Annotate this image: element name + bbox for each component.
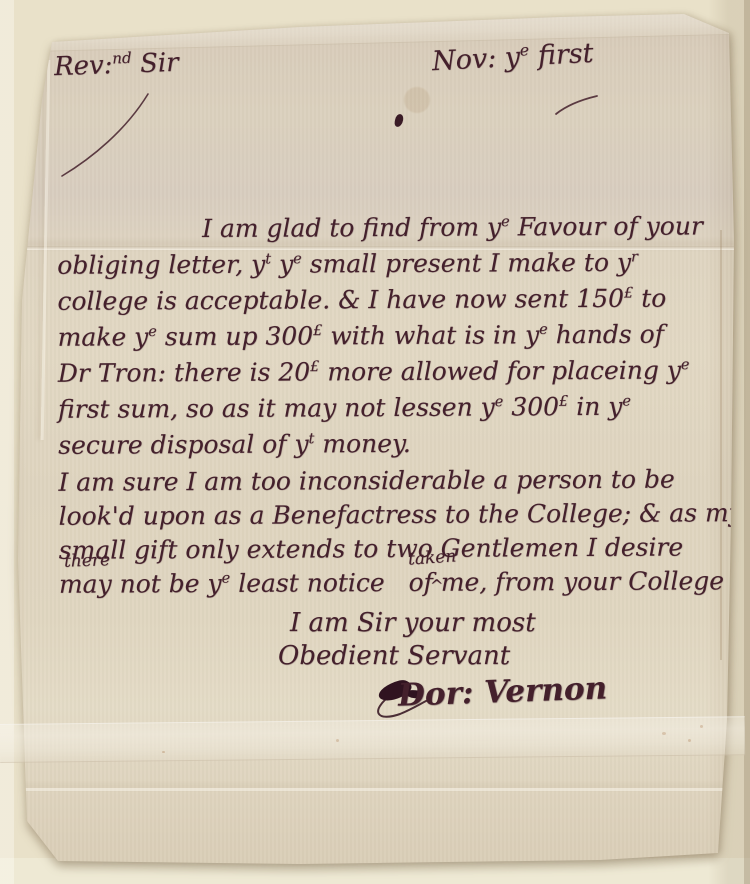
signature: Dor: Vernon bbox=[397, 670, 607, 713]
tape-strip-top bbox=[30, 0, 737, 52]
date-line: Nov: ye first bbox=[431, 38, 594, 77]
letter-line: make ye sum up 300£ with what is in ye h… bbox=[58, 316, 730, 356]
fold-crease-vertical bbox=[41, 60, 51, 440]
paragraph-2: I am sure I am too inconsiderable a pers… bbox=[58, 462, 731, 602]
tape-strip-bottom bbox=[0, 716, 745, 763]
paragraph-1: I am glad to find from ye Favour of your… bbox=[57, 208, 730, 464]
insertion-there: there bbox=[64, 550, 111, 572]
ink-speck bbox=[394, 113, 404, 127]
fold-crease-horizontal bbox=[0, 788, 750, 791]
letter-line: look'd upon as a Benefactress to the Col… bbox=[58, 496, 730, 534]
letter-photo: Rev:nd Sir Nov: ye first I am glad to fi… bbox=[0, 0, 750, 884]
pen-flourish bbox=[556, 96, 597, 114]
closing-line-2: Obedient Servant bbox=[278, 641, 510, 671]
letter-body: I am glad to find from ye Favour of your… bbox=[57, 208, 731, 602]
letter-line: college is acceptable. & I have now sent… bbox=[57, 280, 729, 320]
letter-line: Dr Tron: there is 20£ more allowed for p… bbox=[58, 352, 730, 392]
ink-speck bbox=[310, 13, 321, 26]
letter-line: obliging letter, yt ye small present I m… bbox=[57, 244, 729, 284]
letter-line: may not be ye least notice of me, from y… bbox=[59, 564, 731, 602]
salutation: Rev:nd Sir bbox=[54, 48, 180, 82]
letter-line: secure disposal of yt money. bbox=[58, 424, 730, 464]
letter-line: I am sure I am too inconsiderable a pers… bbox=[58, 462, 730, 500]
pen-flourish bbox=[62, 94, 148, 176]
caret-mark: ^ bbox=[430, 576, 443, 595]
letter-line: first sum, so as it may not lessen ye 30… bbox=[58, 388, 730, 428]
insertion-taken: taken bbox=[407, 546, 457, 569]
letter-line: small gift only extends to two Gentlemen… bbox=[59, 530, 731, 568]
closing-line-1: I am Sir your most bbox=[290, 608, 536, 638]
letter-line: I am glad to find from ye Favour of your bbox=[57, 208, 729, 248]
